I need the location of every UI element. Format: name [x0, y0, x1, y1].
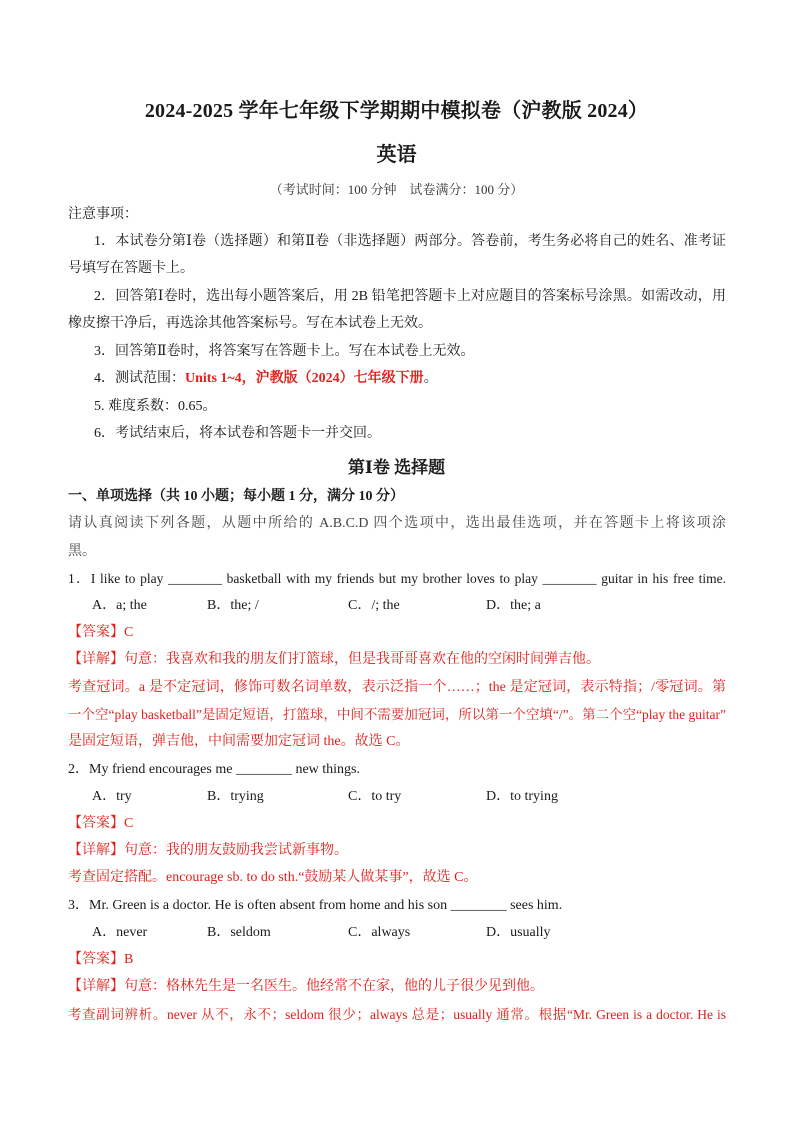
note-item-4-suffix: 。 — [424, 371, 438, 386]
question-1-explain-line-4: 是固定短语，弹吉他，中间需要加定冠词 the。故选 C。 — [68, 733, 409, 751]
question-2-option-c: C．to try — [348, 788, 401, 806]
question-1-explain-line-1: 【详解】句意：我喜欢和我的朋友们打篮球，但是我哥哥喜欢在他的空闲时间弹吉他。 — [68, 651, 600, 669]
question-1-stem: 1．I like to play ________ basketball wit… — [68, 570, 726, 588]
question-2-option-a: A．try — [92, 788, 132, 806]
question-1-explain-line-3: 一个空“play basketball”是固定短语，打篮球，中间不需要加冠词，所… — [68, 706, 726, 724]
question-2-option-d: D．to trying — [486, 788, 558, 806]
question-3-option-a: A．never — [92, 924, 147, 942]
question-3-option-b: B．seldom — [207, 924, 271, 942]
question-3-option-d: D．usually — [486, 924, 551, 942]
notes-heading: 注意事项： — [68, 206, 138, 224]
note-item-4-prefix: 4．测试范围： — [94, 371, 185, 386]
note-item-1-line-2: 号填写在答题卡上。 — [68, 260, 194, 278]
question-2-answer: 【答案】C — [68, 815, 133, 833]
document-title: 2024-2025 学年七年级下学期期中模拟卷（沪教版 2024） — [0, 94, 793, 123]
note-item-6: 6．考试结束后，将本试卷和答题卡一并交回。 — [94, 425, 381, 443]
test-scope: Units 1~4，沪教版（2024）七年级下册 — [185, 371, 424, 386]
question-3-option-c: C．always — [348, 924, 410, 942]
note-item-2-line-1: 2．回答第Ⅰ卷时，选出每小题答案后，用 2B 铅笔把答题卡上对应题目的答案标号涂… — [94, 288, 726, 306]
question-3-explain-line-1: 【详解】句意：格林先生是一名医生。他经常不在家，他的儿子很少见到他。 — [68, 978, 544, 996]
note-item-5: 5. 难度系数：0.65。 — [94, 398, 217, 416]
question-1-option-b: B．the; / — [207, 597, 259, 615]
question-2-explain-line-1: 【详解】句意：我的朋友鼓励我尝试新事物。 — [68, 842, 348, 860]
question-3-answer: 【答案】B — [68, 951, 133, 969]
question-3-explain-line-2: 考查副词辨析。never 从不，永不；seldom 很少；always 总是；u… — [68, 1006, 726, 1024]
note-item-2-line-2: 橡皮擦干净后，再选涂其他答案标号。写在本试卷上无效。 — [68, 315, 432, 333]
question-2-option-b: B．trying — [207, 788, 264, 806]
note-item-4: 4．测试范围：Units 1~4，沪教版（2024）七年级下册。 — [94, 370, 438, 388]
question-1-option-d: D．the; a — [486, 597, 541, 615]
instruction-line-1: 请认真阅读下列各题，从题中所给的 A.B.C.D 四个选项中，选出最佳选项，并在… — [68, 515, 726, 533]
question-2-explain-line-2: 考查固定搭配。encourage sb. to do sth.“鼓励某人做某事”… — [68, 869, 477, 887]
section-heading: 一、单项选择（共 10 小题；每小题 1 分，满分 10 分） — [68, 488, 404, 506]
note-item-1-line-1: 1．本试卷分第Ⅰ卷（选择题）和第Ⅱ卷（非选择题）两部分。答卷前，考生务必将自己的… — [94, 233, 726, 251]
question-1-option-c: C．/; the — [348, 597, 400, 615]
exam-info: （考试时间：100 分钟 试卷满分：100 分） — [0, 179, 793, 198]
part-1-title: 第Ⅰ卷 选择题 — [0, 453, 793, 478]
instruction-line-2: 黑。 — [68, 543, 96, 561]
question-2-stem: 2．My friend encourages me ________ new t… — [68, 761, 360, 779]
subject-title: 英语 — [0, 138, 793, 167]
question-1-explain-line-2: 考查冠词。a 是不定冠词，修饰可数名词单数，表示泛指一个……；the 是定冠词，… — [68, 679, 726, 697]
exam-page: 2024-2025 学年七年级下学期期中模拟卷（沪教版 2024） 英语 （考试… — [0, 0, 793, 1122]
question-3-stem: 3．Mr. Green is a doctor. He is often abs… — [68, 897, 562, 915]
question-1-answer: 【答案】C — [68, 624, 133, 642]
note-item-3: 3．回答第Ⅱ卷时，将答案写在答题卡上。写在本试卷上无效。 — [94, 343, 475, 361]
question-1-option-a: A．a; the — [92, 597, 147, 615]
